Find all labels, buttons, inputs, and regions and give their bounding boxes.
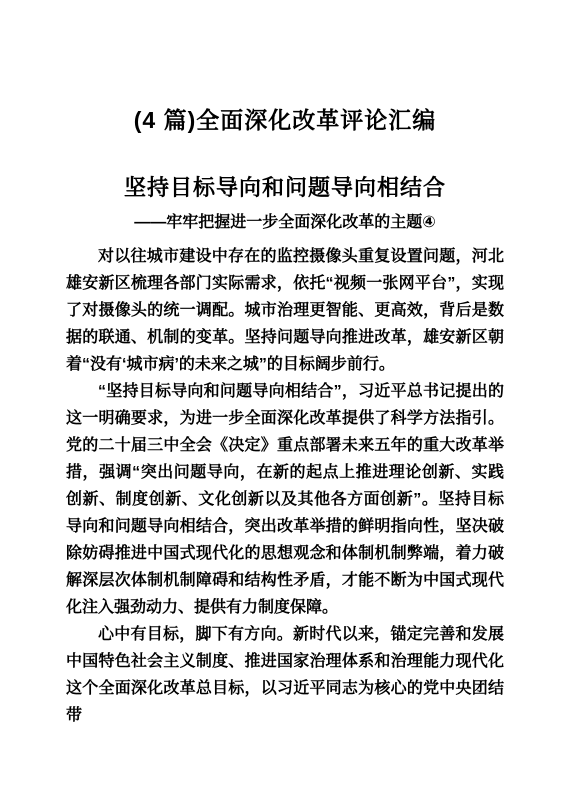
article-subtitle: ——牢牢把握进一步全面深化改革的主题④ [0, 211, 570, 235]
article-title: 坚持目标导向和问题导向相结合 [0, 173, 570, 203]
paragraph-1: 对以往城市建设中存在的监控摄像头重复设置问题，河北雄安新区梳理各部门实际需求，依… [66, 243, 504, 378]
article-body: 对以往城市建设中存在的监控摄像头重复设置问题，河北雄安新区梳理各部门实际需求，依… [66, 243, 504, 729]
compilation-title: (4 篇)全面深化改革评论汇编 [0, 103, 570, 137]
document-page: (4 篇)全面深化改革评论汇编 坚持目标导向和问题导向相结合 ——牢牢把握进一步… [0, 0, 570, 807]
paragraph-2: “坚持目标导向和问题导向相结合”，习近平总书记提出的这一明确要求，为进一步全面深… [66, 378, 504, 621]
paragraph-3: 心中有目标，脚下有方向。新时代以来，锚定完善和发展中国特色社会主义制度、推进国家… [66, 621, 504, 729]
